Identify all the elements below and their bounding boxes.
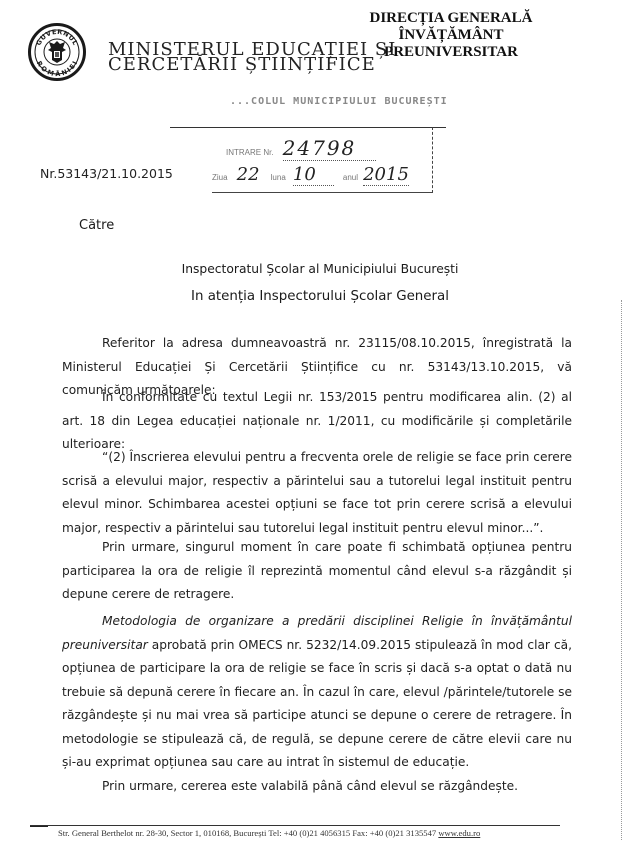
stamp-divider: [432, 127, 446, 128]
body-paragraph-6: Prin urmare, cererea este valabilă până …: [62, 775, 572, 799]
department-line3: PREUNIVERSITAR: [356, 44, 546, 61]
attention-line: In atenția Inspectorului Școlar General: [0, 289, 640, 304]
stamp-divider: [170, 127, 212, 128]
stamp-institution: ...COLUL MUNICIPIULUI BUCUREȘTI: [230, 96, 448, 107]
ministry-name-line2: CERCETĂRII ȘTIINȚIFICE: [108, 57, 396, 72]
stamp-entry-number: 24798: [283, 136, 377, 161]
stamp-month: 10: [293, 164, 334, 186]
romanian-government-seal-icon: GUVERNUL ROMÂNIEI: [31, 26, 83, 78]
paragraph-text: Metodologia de organizare a predării dis…: [62, 610, 572, 775]
footer-address-text: Str. General Berthelot nr. 28-30, Sector…: [58, 828, 436, 838]
ministry-name: MINISTERUL EDUCAȚIEI ȘI CERCETĂRII ȘTIIN…: [108, 42, 396, 72]
stamp-year: 2015: [363, 164, 409, 186]
footer-website-link[interactable]: www.edu.ro: [438, 828, 480, 838]
stamp-month-label: luna: [271, 173, 286, 182]
footer-address: Str. General Berthelot nr. 28-30, Sector…: [58, 828, 480, 838]
stamp-entry-row: INTRARE Nr. 24798: [226, 136, 376, 160]
footer-divider: [30, 826, 48, 827]
stamp-date-row: Ziua 22 luna 10 anul 2015: [212, 164, 409, 185]
registration-stamp: INTRARE Nr. 24798 Ziua 22 luna 10 anul 2…: [212, 127, 433, 193]
paragraph-text: Prin urmare, singurul moment în care poa…: [62, 536, 572, 607]
government-seal: GUVERNUL ROMÂNIEI: [28, 23, 86, 81]
stamp-day: 22: [237, 164, 260, 185]
recipient: Inspectoratul Școlar al Municipiului Buc…: [0, 262, 640, 276]
stamp-year-label: anul: [343, 173, 358, 182]
stamp-entry-label: INTRARE Nr.: [226, 148, 274, 157]
paragraph-text: “(2) Înscrierea elevului pentru a frecve…: [62, 446, 572, 540]
scan-margin-artifact: [621, 300, 622, 840]
paragraph-rest: aprobată prin OMECS nr. 5232/14.09.2015 …: [62, 638, 572, 770]
body-paragraph-4: Prin urmare, singurul moment în care poa…: [62, 536, 572, 607]
stamp-day-label: Ziua: [212, 173, 228, 182]
paragraph-text: Prin urmare, cererea este valabilă până …: [62, 775, 572, 799]
footer-divider: [30, 825, 560, 826]
law-quote: “(2) Înscrierea elevului pentru a frecve…: [62, 446, 572, 540]
department-line2: ÎNVĂȚĂMÂNT: [356, 27, 546, 44]
department-name: DIRECȚIA GENERALĂ ÎNVĂȚĂMÂNT PREUNIVERSI…: [356, 10, 546, 61]
body-paragraph-5: Metodologia de organizare a predării dis…: [62, 610, 572, 775]
to-label: Către: [79, 218, 114, 233]
reference-number: Nr.53143/21.10.2015: [40, 166, 173, 181]
department-line1: DIRECȚIA GENERALĂ: [356, 10, 546, 27]
